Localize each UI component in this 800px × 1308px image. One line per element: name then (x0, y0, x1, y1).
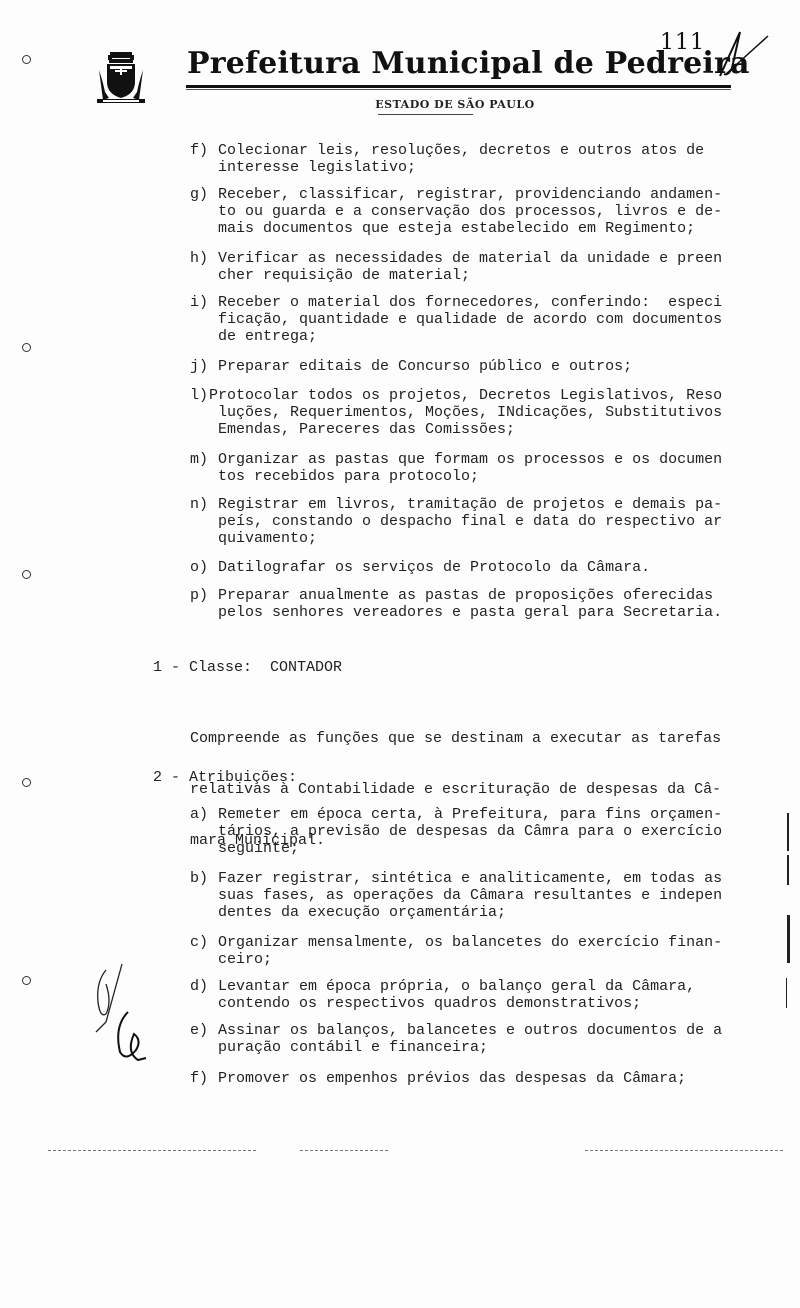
scan-edge-mark (787, 915, 790, 963)
scan-edge-mark (787, 813, 789, 851)
section-heading-classe: 1 - Classe: CONTADOR (153, 659, 342, 676)
scan-artifact-line (48, 1150, 258, 1151)
title-rule (186, 85, 731, 88)
list-item: n) Registrar em livros, tramitação de pr… (190, 496, 226, 564)
scan-artifact-line (585, 1150, 785, 1151)
scan-edge-mark (786, 978, 787, 1008)
punch-hole (22, 778, 31, 787)
list-item: i) Receber o material dos fornecedores, … (190, 294, 226, 362)
section-heading-atribuicoes: 2 - Atribuições: (153, 769, 297, 786)
page-number: 111 (660, 30, 705, 55)
list-item: b) Fazer registrar, sintética e analitic… (190, 870, 226, 938)
state-subtitle: ESTADO DE SÃO PAULO (0, 98, 800, 111)
punch-hole (22, 570, 31, 579)
list-item: f) Promover os empenhos prévios das desp… (190, 1070, 226, 1138)
subtitle-rule (378, 114, 473, 115)
punch-hole (22, 55, 31, 64)
list-item: p) Preparar anualmente as pastas de prop… (190, 587, 226, 655)
handwritten-signature-icon (92, 962, 162, 1067)
punch-hole (22, 976, 31, 985)
title-rule-thin (186, 89, 731, 90)
list-item: g) Receber, classificar, registrar, prov… (190, 186, 226, 254)
punch-hole (22, 343, 31, 352)
scan-edge-mark (787, 855, 789, 885)
scan-artifact-line (300, 1150, 390, 1151)
list-item: a) Remeter em época certa, à Prefeitura,… (190, 806, 226, 874)
signature-initial-icon (718, 28, 778, 80)
